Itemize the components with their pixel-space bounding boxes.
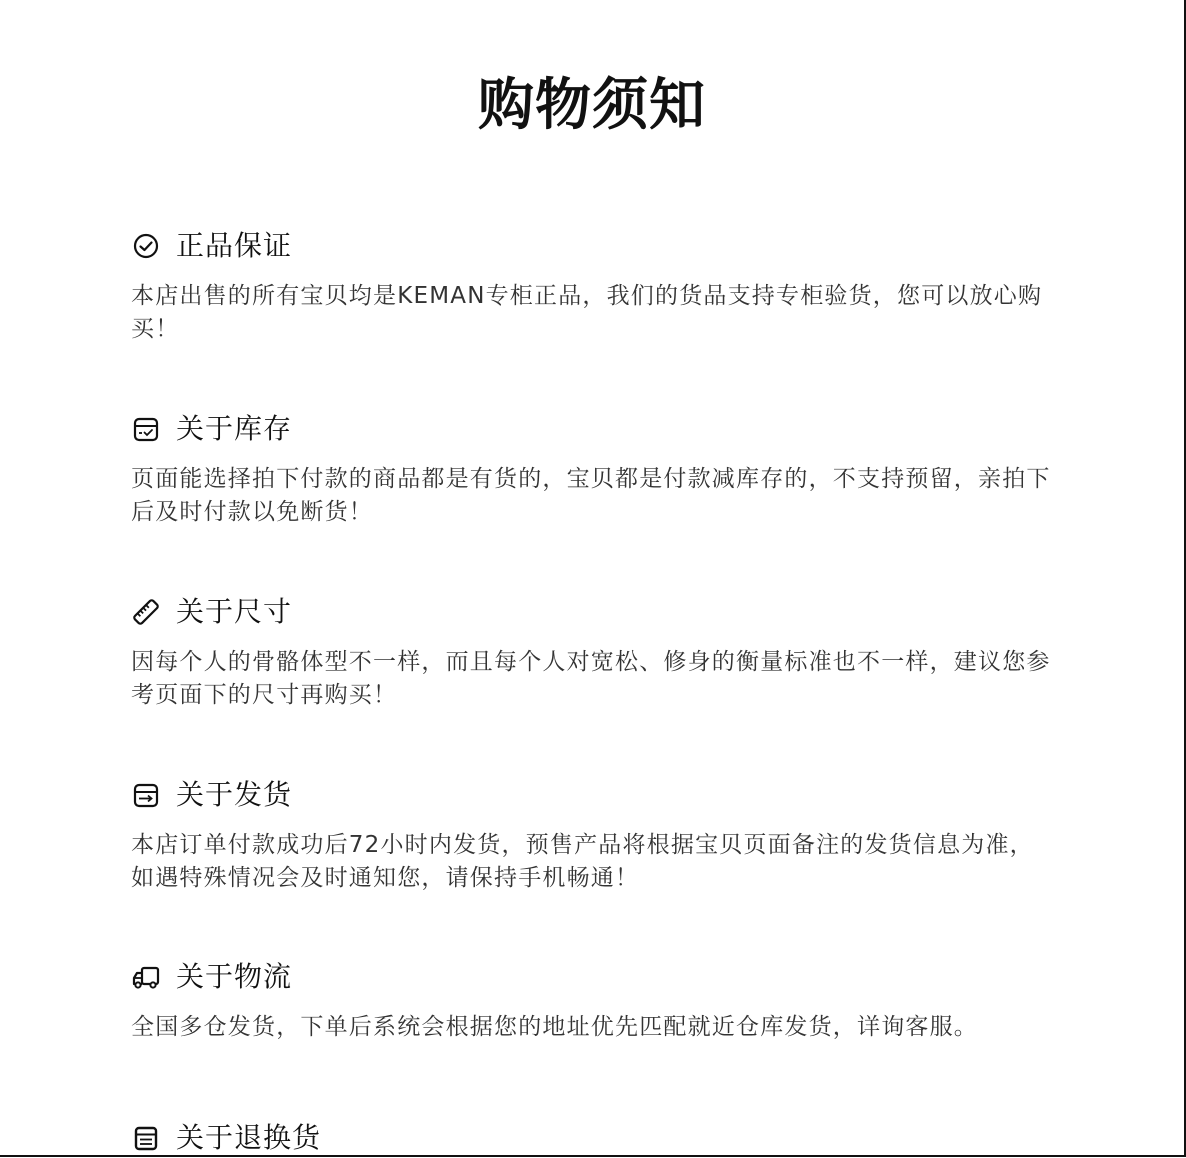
- section-heading: 关于尺寸: [131, 592, 1051, 632]
- section-logistics: 关于物流 全国多仓发货，下单后系统会根据您的地址优先匹配就近仓库发货，详询客服。: [131, 957, 1051, 1044]
- section-heading: 正品保证: [131, 226, 1051, 266]
- section-size: 关于尺寸 因每个人的骨骼体型不一样，而且每个人对宽松、修身的衡量标准也不一样，建…: [131, 592, 1051, 712]
- shipping-box-icon: [131, 780, 161, 810]
- section-body: 本店订单付款成功后72小时内发货，预售产品将根据宝贝页面备注的发货信息为准，如遇…: [131, 829, 1051, 895]
- section-shipping: 关于发货 本店订单付款成功后72小时内发货，预售产品将根据宝贝页面备注的发货信息…: [131, 775, 1051, 895]
- return-box-icon: [131, 1123, 161, 1153]
- section-heading-label: 关于发货: [176, 775, 292, 815]
- section-heading: 关于退换货: [131, 1118, 1051, 1158]
- section-heading-label: 正品保证: [176, 226, 292, 266]
- section-heading-label: 关于物流: [176, 957, 292, 997]
- section-body: 全国多仓发货，下单后系统会根据您的地址优先匹配就近仓库发货，详询客服。: [131, 1011, 1051, 1044]
- ruler-icon: [131, 597, 161, 627]
- section-heading-label: 关于退换货: [176, 1118, 321, 1158]
- section-heading: 关于发货: [131, 775, 1051, 815]
- page-title: 购物须知: [0, 70, 1184, 142]
- section-heading-label: 关于库存: [176, 409, 292, 449]
- inventory-box-icon: [131, 414, 161, 444]
- section-returns: 关于退换货: [131, 1118, 1051, 1158]
- shopping-notice-panel: 购物须知 正品保证 本店出售的所有宝贝均是KEMAN专柜正品，我们的货品支持专柜…: [0, 0, 1186, 1157]
- section-body: 页面能选择拍下付款的商品都是有货的，宝贝都是付款减库存的，不支持预留，亲拍下后及…: [131, 463, 1051, 529]
- section-heading: 关于物流: [131, 957, 1051, 997]
- section-body: 因每个人的骨骼体型不一样，而且每个人对宽松、修身的衡量标准也不一样，建议您参考页…: [131, 646, 1051, 712]
- section-body: 本店出售的所有宝贝均是KEMAN专柜正品，我们的货品支持专柜验货，您可以放心购买…: [131, 280, 1051, 346]
- check-circle-icon: [131, 231, 161, 261]
- section-authenticity: 正品保证 本店出售的所有宝贝均是KEMAN专柜正品，我们的货品支持专柜验货，您可…: [131, 226, 1051, 346]
- section-heading-label: 关于尺寸: [176, 592, 292, 632]
- section-inventory: 关于库存 页面能选择拍下付款的商品都是有货的，宝贝都是付款减库存的，不支持预留，…: [131, 409, 1051, 529]
- section-heading: 关于库存: [131, 409, 1051, 449]
- truck-icon: [131, 962, 161, 992]
